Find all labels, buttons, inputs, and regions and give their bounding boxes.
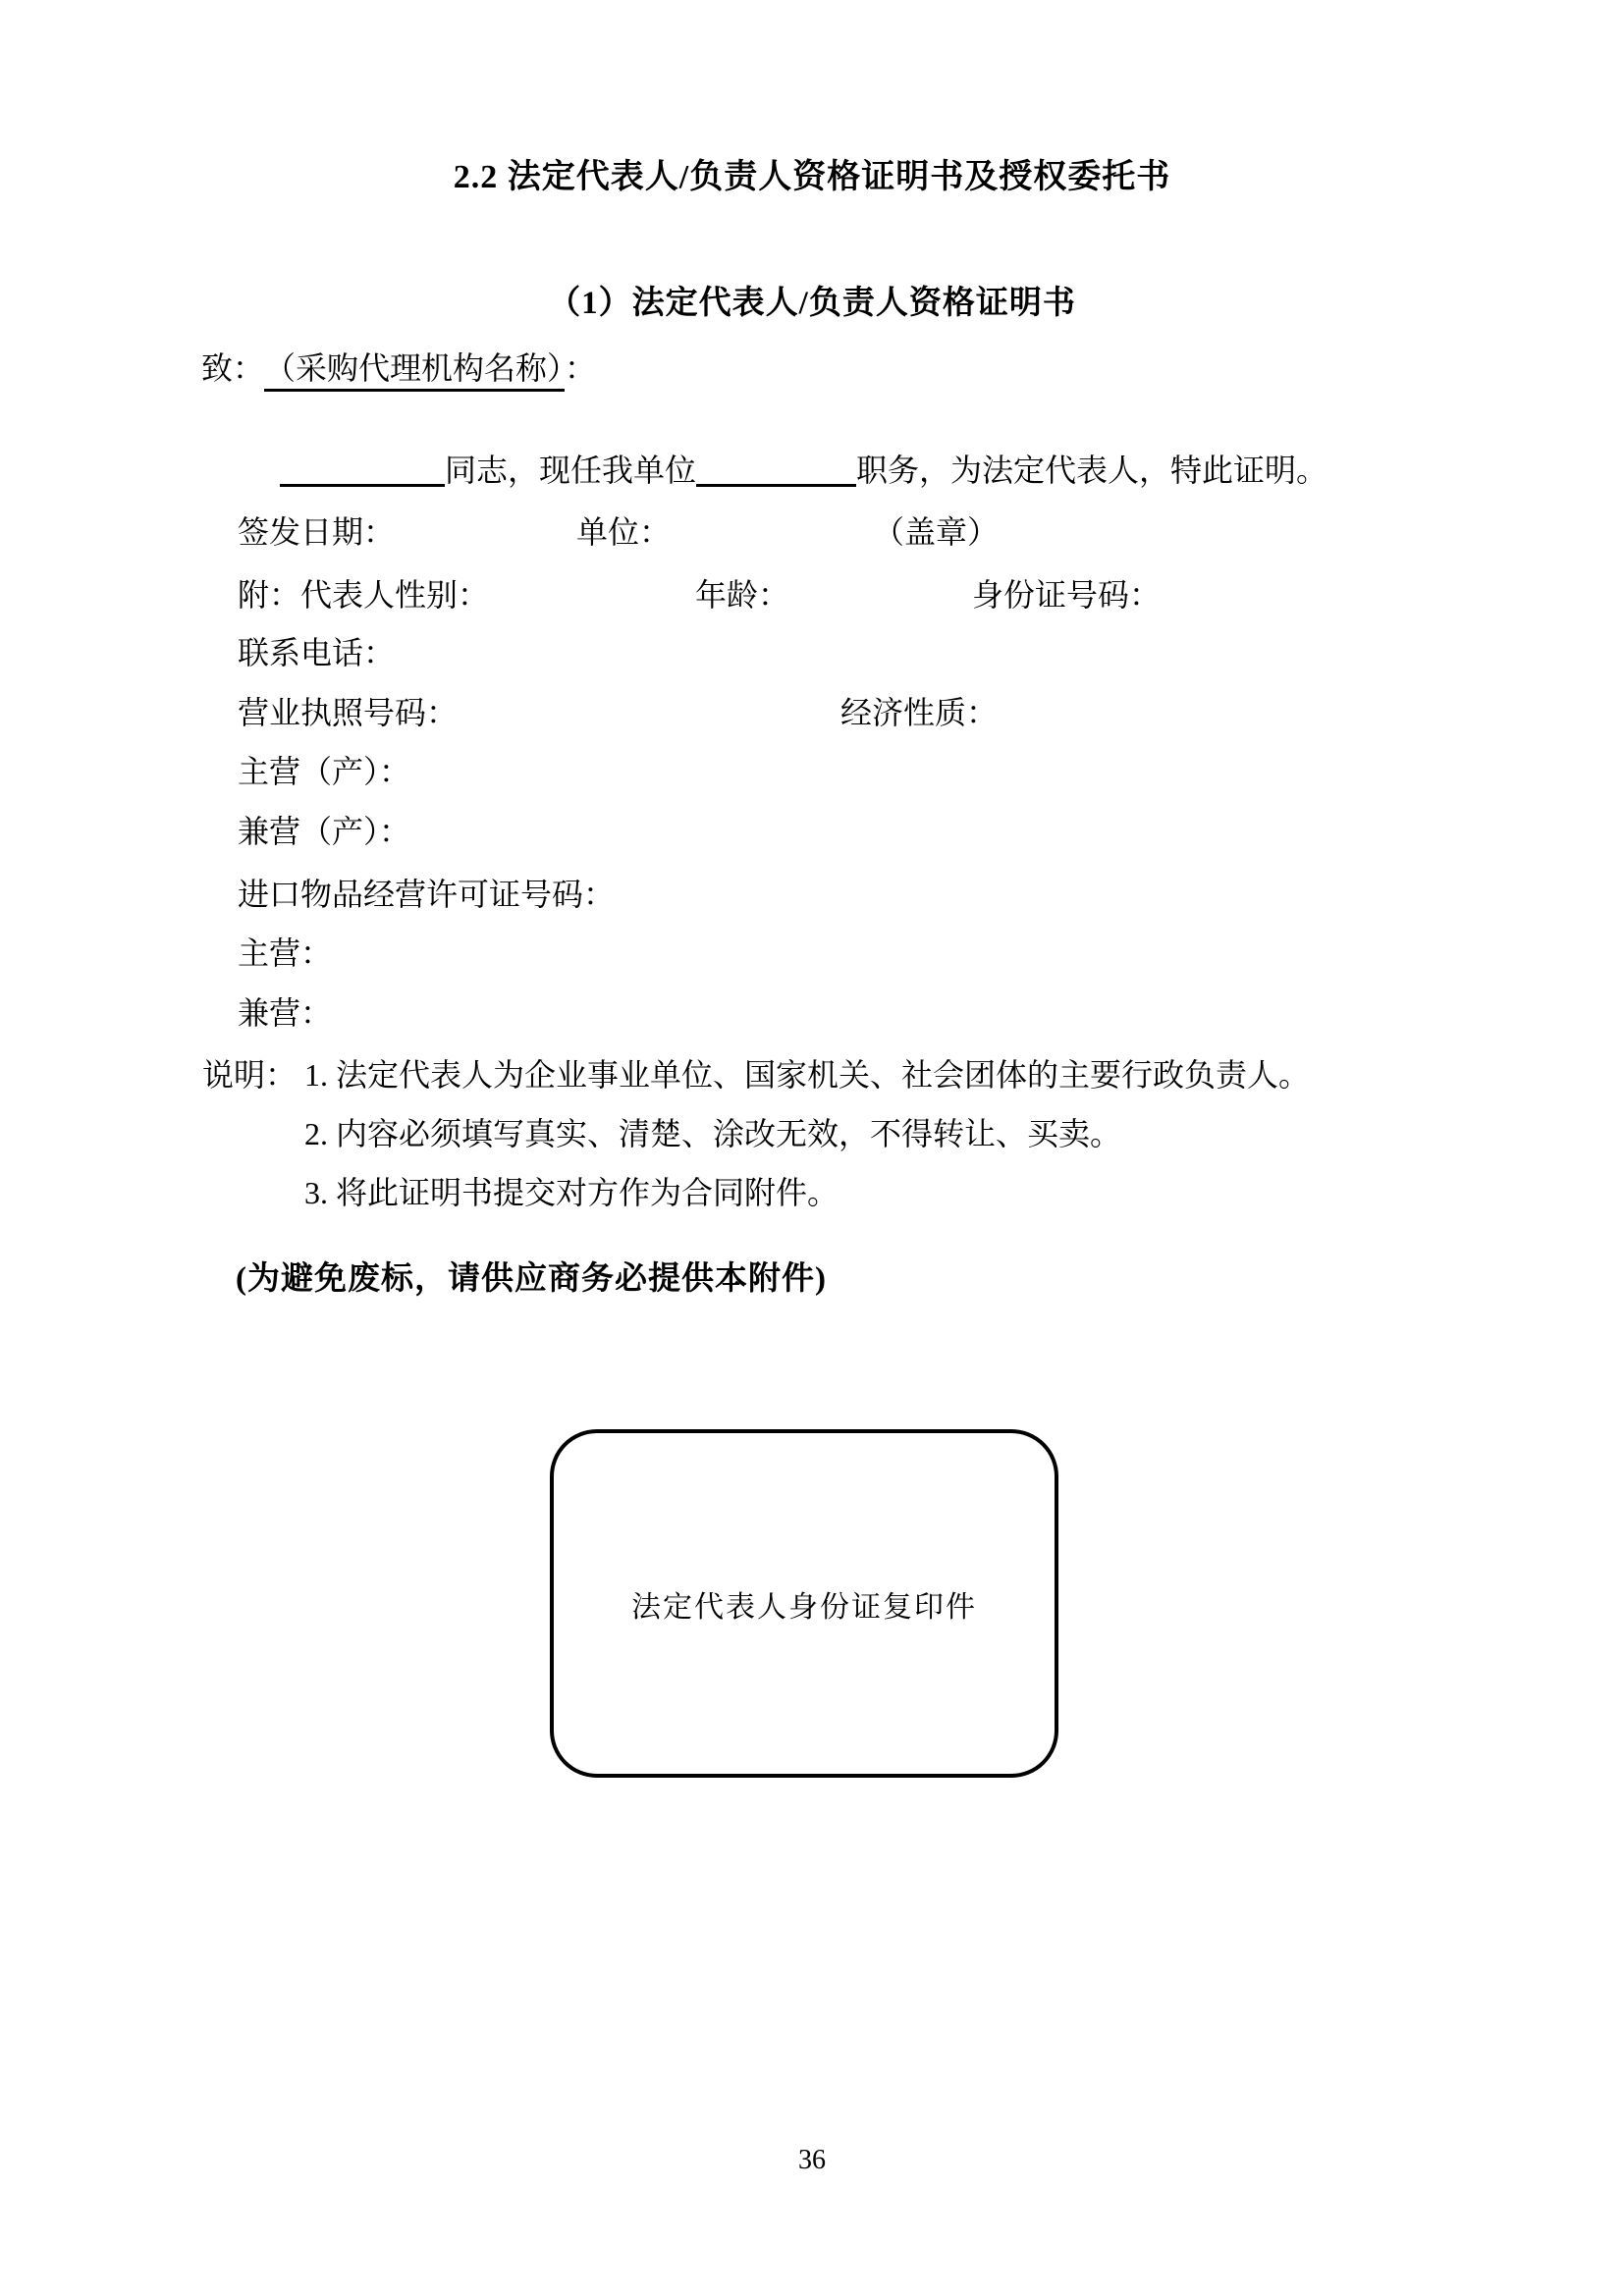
- rep-gender-label: 附：代表人性别：: [238, 575, 489, 614]
- warning-note: (为避免废标，请供应商务必提供本附件): [236, 1259, 827, 1299]
- note-item-2: 2. 内容必须填写真实、清楚、涂改无效，不得转让、买卖。: [304, 1114, 1121, 1153]
- unit-label: 单位：: [576, 512, 671, 552]
- issue-date-label: 签发日期：: [238, 512, 395, 552]
- notes-row-2: 2. 内容必须填写真实、清楚、涂改无效，不得转让、买卖。: [0, 1114, 1624, 1155]
- salutation-line: 致：（采购代理机构名称）：: [201, 348, 596, 388]
- statement-line: 同志，现任我单位职务，为法定代表人，特此证明。: [280, 451, 1327, 490]
- note-item-3: 3. 将此证明书提交对方作为合同附件。: [304, 1173, 839, 1212]
- statement-text-1: 同志，现任我单位: [445, 453, 696, 488]
- notes-row-3: 3. 将此证明书提交对方作为合同附件。: [0, 1173, 1624, 1214]
- field-row-license: 营业执照号码： 经济性质：: [0, 693, 1624, 734]
- license-no-label: 营业执照号码：: [238, 693, 458, 732]
- agency-name-placeholder: （采购代理机构名称）: [264, 350, 565, 392]
- field-row-issue-date: 签发日期： 单位： （盖章）: [0, 512, 1624, 554]
- side-products-label: 兼营（产）：: [238, 812, 410, 851]
- field-row-main-business: 主营：: [0, 934, 1624, 975]
- field-row-representative: 附：代表人性别： 年龄： 身份证号码：: [0, 575, 1624, 616]
- form-title: （1）法定代表人/负责人资格证明书: [0, 284, 1624, 323]
- section-title: 2.2 法定代表人/负责人资格证明书及授权委托书: [0, 158, 1624, 197]
- field-row-main-products: 主营（产）：: [0, 752, 1624, 793]
- statement-text-2: 职务，为法定代表人，特此证明。: [856, 453, 1327, 488]
- field-row-phone: 联系电话：: [0, 633, 1624, 674]
- name-blank-underline: [280, 454, 445, 487]
- id-copy-box: 法定代表人身份证复印件: [550, 1429, 1058, 1778]
- main-business-label: 主营：: [238, 934, 332, 973]
- age-label: 年龄：: [695, 575, 789, 614]
- field-row-side-products: 兼营（产）：: [0, 812, 1624, 853]
- position-blank-underline: [696, 454, 856, 487]
- document-page: 2.2 法定代表人/负责人资格证明书及授权委托书 （1）法定代表人/负责人资格证…: [0, 0, 1624, 2296]
- main-products-label: 主营（产）：: [238, 752, 410, 791]
- import-license-label: 进口物品经营许可证号码：: [238, 875, 615, 914]
- seal-label: （盖章）: [873, 512, 999, 552]
- field-row-import-license: 进口物品经营许可证号码：: [0, 875, 1624, 916]
- notes-row-1: 说明： 1. 法定代表人为企业事业单位、国家机关、社会团体的主要行政负责人。: [0, 1055, 1624, 1096]
- notes-label: 说明：: [202, 1055, 297, 1095]
- id-copy-box-label: 法定代表人身份证复印件: [631, 1582, 977, 1626]
- economic-nature-label: 经济性质：: [840, 693, 998, 732]
- page-number: 36: [0, 2141, 1624, 2180]
- salutation-prefix: 致：: [201, 350, 264, 386]
- id-number-label: 身份证号码：: [972, 575, 1161, 614]
- field-row-side-business: 兼营：: [0, 993, 1624, 1035]
- salutation-suffix: ：: [565, 350, 596, 386]
- phone-label: 联系电话：: [238, 633, 395, 672]
- note-item-1: 1. 法定代表人为企业事业单位、国家机关、社会团体的主要行政负责人。: [304, 1055, 1310, 1095]
- side-business-label: 兼营：: [238, 993, 332, 1033]
